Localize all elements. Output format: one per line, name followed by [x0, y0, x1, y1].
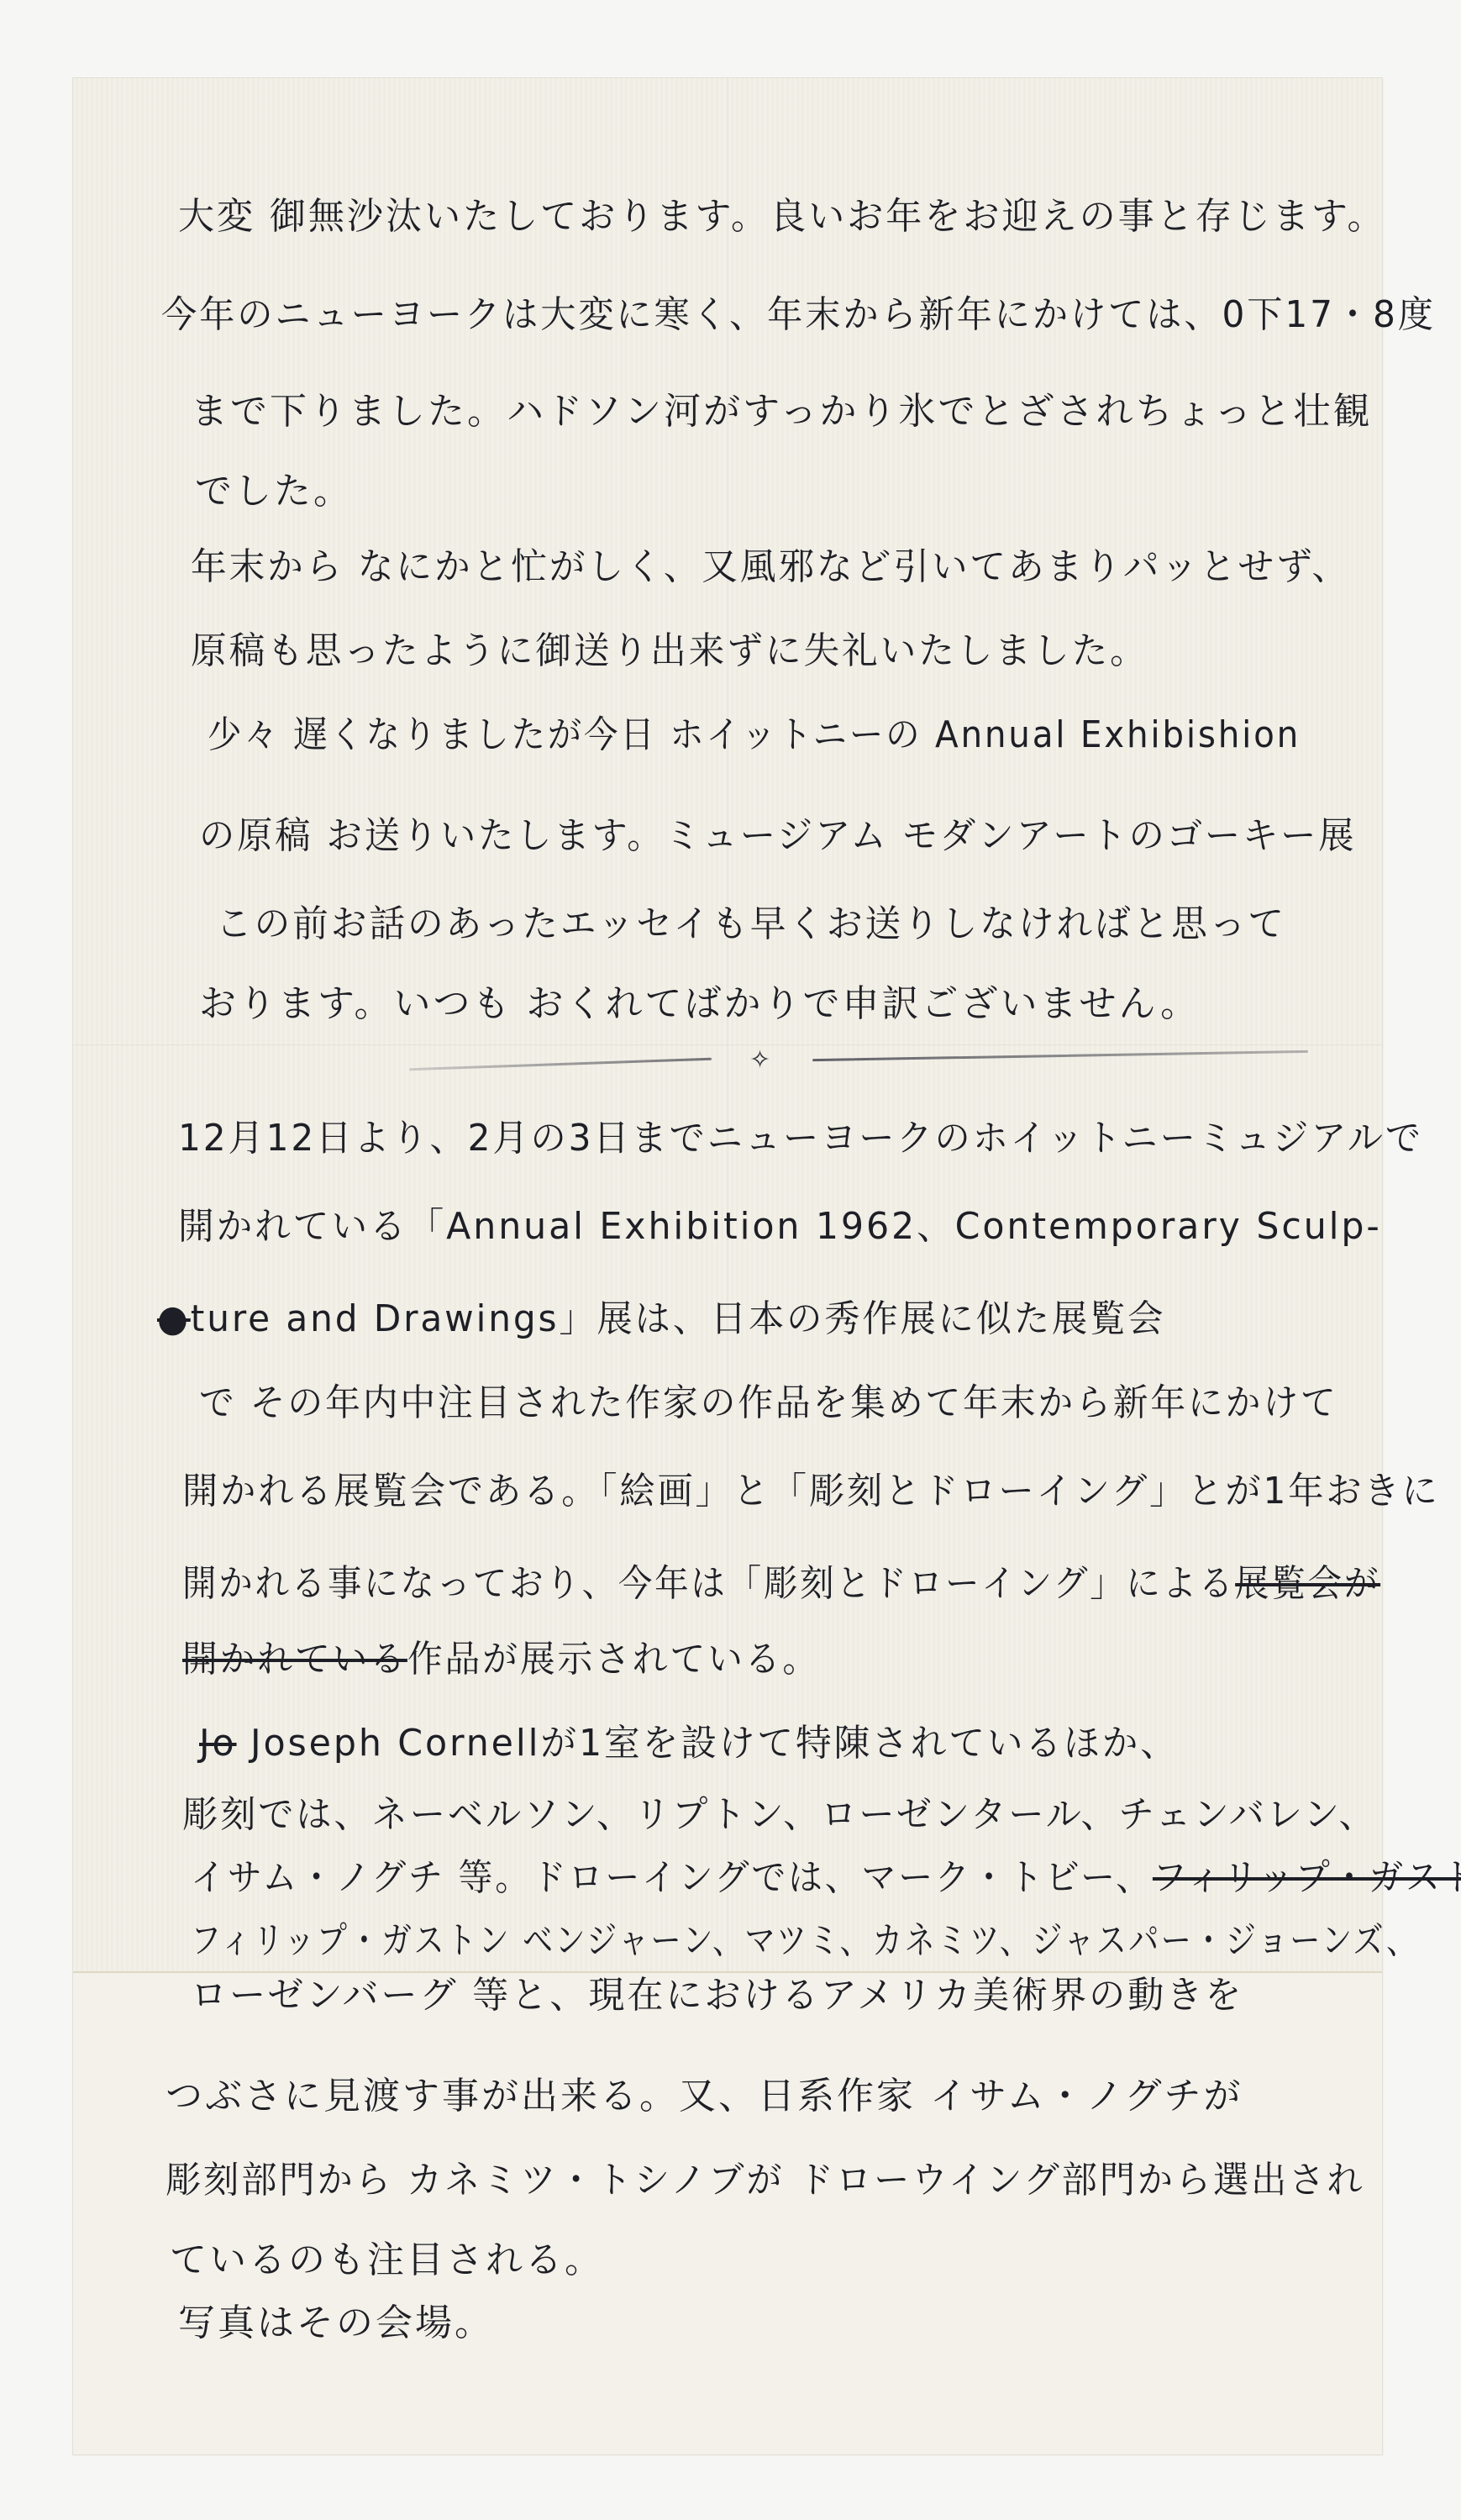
article-line: ●ture and Drawings」展は、日本の秀作展に似た展覧会: [157, 1301, 1165, 1338]
letter-line: 原稿も思ったように御送り出来ずに失礼いたしました。: [191, 633, 1148, 670]
struck-text: 展覧会が: [1235, 1562, 1380, 1605]
article-line: つぶさに見渡す事が出来る。又、日系作家 イサム・ノグチが: [166, 2078, 1243, 2115]
letter-line: でした。: [195, 473, 353, 510]
article-line: 写真はその会場。: [178, 2305, 494, 2342]
article-line: 彫刻では、ネーベルソン、リプトン、ローゼンタール、チェンバレン、: [182, 1797, 1377, 1833]
struck-text: 開かれている: [182, 1638, 407, 1681]
article-line-text: ture and Drawings」展は、日本の秀作展に似た展覧会: [191, 1297, 1166, 1340]
divider-line-left: [409, 1058, 712, 1071]
article-line: イサム・ノグチ 等。ドローイングでは、マーク・トビー、フィリップ・ガストン: [191, 1860, 1461, 1897]
letter-line: 年末から なにかと忙がしく、又風邪など引いてあまりパッとせず、: [191, 549, 1350, 586]
letter-paper: 大変 御無沙汰いたしております。良いお年をお迎えの事と存じます。 今年のニューヨ…: [73, 78, 1382, 2454]
article-line: 12月12日より、2月の3日までニューヨークのホイットニーミュジアルで: [178, 1120, 1423, 1157]
divider-line-right: [812, 1050, 1308, 1061]
section-divider: ✧: [409, 1044, 1459, 1078]
article-line: 開かれている「Annual Exhibition 1962、Contempora…: [178, 1208, 1382, 1245]
letter-line: おります。いつも おくれてばかりで申訳ございません。: [199, 986, 1200, 1023]
struck-text: フィリップ・ガストン: [1153, 1856, 1461, 1899]
paste-seam-line: [73, 1971, 1382, 1973]
article-line-text: Joseph Cornellが1室を設けて特陳されているほか、: [237, 1722, 1179, 1765]
article-line: ローゼンバーグ 等と、現在におけるアメリカ美術界の動きを: [191, 1977, 1243, 2014]
article-line: 開かれる展覧会である。「絵画」と「彫刻とドローイング」とが1年おきに: [182, 1473, 1440, 1510]
letter-line: 少々 遅くなりましたが今日 ホイットニーの Annual Exhibishion: [208, 717, 1301, 754]
article-line: 開かれる事になっており、今年は「彫刻とドローイング」による展覧会が: [182, 1565, 1380, 1602]
article-line: 開かれている作品が展示されている。: [182, 1641, 820, 1678]
struck-text: Jo: [199, 1722, 237, 1765]
struck-text: ●: [157, 1297, 191, 1340]
article-line-text: 開かれる事になっており、今年は「彫刻とドローイング」による: [182, 1562, 1235, 1605]
article-line: Jo Joseph Cornellが1室を設けて特陳されているほか、: [199, 1725, 1179, 1762]
letter-line: 大変 御無沙汰いたしております。良いお年をお迎えの事と存じます。: [178, 198, 1386, 235]
letter-line: この前お話のあったエッセイも早くお送りしなければと思って: [216, 906, 1286, 943]
article-line: フィリップ・ガストン ベンジャーン、マツミ、カネミツ、ジャスパー・ジョーンズ、: [191, 1923, 1419, 1960]
letter-line: の原稿 お送りいたします。ミュージアム モダンアートのゴーキー展: [199, 818, 1356, 855]
pasted-bottom-strip: [73, 1973, 1382, 2454]
article-line-text: イサム・ノグチ 等。ドローイングでは、マーク・トビー、: [191, 1856, 1153, 1899]
article-line: 彫刻部門から カネミツ・トシノブが ドローウイング部門から選出され: [166, 2162, 1365, 2199]
letter-line: 今年のニューヨークは大変に寒く、年末から新年にかけては、0下17・8度: [161, 297, 1436, 334]
divider-ornament-icon: ✧: [749, 1048, 770, 1073]
article-line-text: 作品が展示されている。: [407, 1638, 820, 1681]
letter-line: まで下りました。ハドソン河がすっかり氷でとざされちょっと壮観: [191, 393, 1372, 430]
article-line: で その年内中注目された作家の作品を集めて年末から新年にかけて: [199, 1385, 1338, 1422]
article-line: ているのも注目される。: [170, 2242, 604, 2279]
